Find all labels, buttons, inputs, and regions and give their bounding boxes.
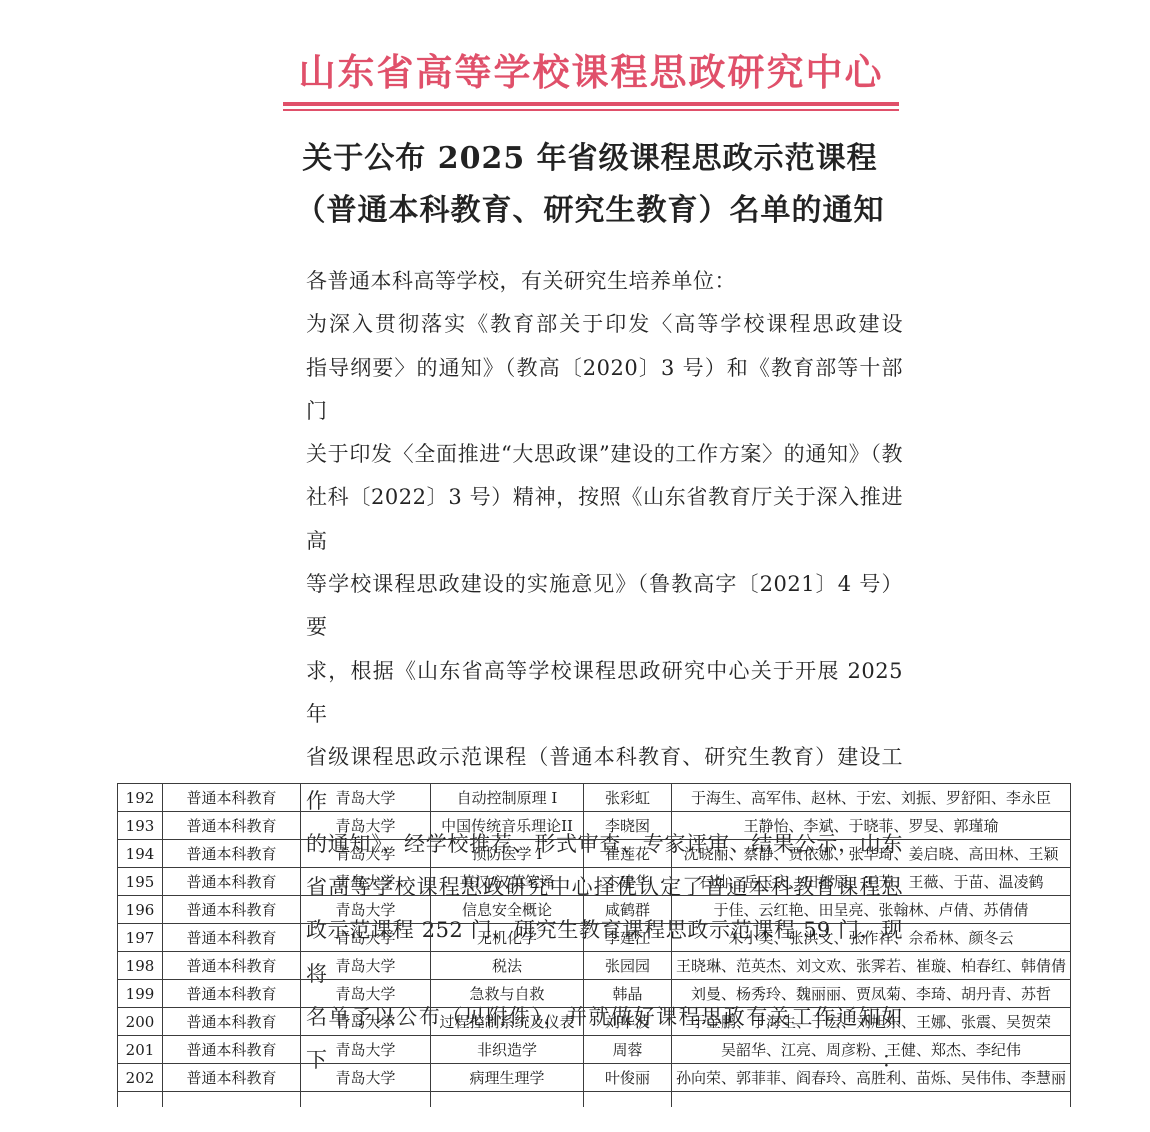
- partial-cell: [118, 1092, 163, 1108]
- cell-school: 青岛大学: [301, 812, 431, 840]
- cell-course: 病理生理学: [431, 1064, 584, 1092]
- masthead-rule-thick: [283, 102, 899, 106]
- cell-course: 过程控制系统及仪表: [431, 1008, 584, 1036]
- body-line: 为深入贯彻落实《教育部关于印发〈高等学校课程思政建设: [306, 303, 903, 346]
- cell-team: 刘曼、杨秀玲、魏丽丽、贾凤菊、李琦、胡丹青、苏哲: [672, 980, 1071, 1008]
- table-row: 198 普通本科教育 青岛大学 税法 张园园 王晓琳、范英杰、刘文欢、张霁若、崔…: [118, 952, 1071, 980]
- cell-school: 青岛大学: [301, 1036, 431, 1064]
- body-line: 关于印发〈全面推进“大思政课”建设的工作方案〉的通知》（教: [306, 433, 903, 476]
- cell-index: 193: [118, 812, 163, 840]
- cell-team: 于海生、高军伟、赵林、于宏、刘振、罗舒阳、李永臣: [672, 784, 1071, 812]
- cell-course: 中国传统音乐理论II: [431, 812, 584, 840]
- cell-index: 196: [118, 896, 163, 924]
- cell-course: 自动控制原理 I: [431, 784, 584, 812]
- cell-index: 198: [118, 952, 163, 980]
- course-list: 192 普通本科教育 青岛大学 自动控制原理 I 张彩虹 于海生、高军伟、赵林、…: [117, 783, 1071, 1107]
- doc-title-line2: （普通本科教育、研究生教育）名单的通知: [225, 185, 955, 237]
- cell-index: 201: [118, 1036, 163, 1064]
- cell-team: 吴韶华、江亮、周彦粉、王健、郑杰、李纪伟: [672, 1036, 1071, 1064]
- cell-education-type: 普通本科教育: [163, 1064, 301, 1092]
- cell-leader: 叶俊丽: [584, 1064, 672, 1092]
- cell-education-type: 普通本科教育: [163, 980, 301, 1008]
- cell-course: 非织造学: [431, 1036, 584, 1064]
- cell-index: 200: [118, 1008, 163, 1036]
- cell-school: 青岛大学: [301, 840, 431, 868]
- partial-cell: [584, 1092, 672, 1108]
- cell-leader: 崔莲花: [584, 840, 672, 868]
- cell-team: 于金鹏、于海生、于宏、刘旭东、王娜、张震、吴贺荣: [672, 1008, 1071, 1036]
- cell-education-type: 普通本科教育: [163, 868, 301, 896]
- cell-school: 青岛大学: [301, 868, 431, 896]
- masthead-rule-thin: [283, 109, 899, 111]
- cell-education-type: 普通本科教育: [163, 896, 301, 924]
- cell-school: 青岛大学: [301, 952, 431, 980]
- cell-school: 青岛大学: [301, 924, 431, 952]
- cell-index: 194: [118, 840, 163, 868]
- table-row: 192 普通本科教育 青岛大学 自动控制原理 I 张彩虹 于海生、高军伟、赵林、…: [118, 784, 1071, 812]
- cell-team: 王静怡、李斌、于晓菲、罗旻、郭瑾瑜: [672, 812, 1071, 840]
- table-row: 195 普通本科教育 青岛大学 英汉/汉英笔译 卞建华 石灿、岳玉庆、田郁辰、王…: [118, 868, 1071, 896]
- cell-index: 192: [118, 784, 163, 812]
- cell-course: 预防医学 I: [431, 840, 584, 868]
- cell-course: 税法: [431, 952, 584, 980]
- cell-leader: 张园园: [584, 952, 672, 980]
- cell-leader: 张彩虹: [584, 784, 672, 812]
- body-line: 指导纲要〉的通知》（教高〔2020〕3 号）和《教育部等十部门: [306, 347, 903, 434]
- partial-cell: [672, 1092, 1071, 1108]
- cell-leader: 咸鹤群: [584, 896, 672, 924]
- cell-index: 197: [118, 924, 163, 952]
- cell-education-type: 普通本科教育: [163, 952, 301, 980]
- cell-index: 202: [118, 1064, 163, 1092]
- cell-leader: 李建江: [584, 924, 672, 952]
- cell-school: 青岛大学: [301, 896, 431, 924]
- cell-course: 信息安全概论: [431, 896, 584, 924]
- cell-school: 青岛大学: [301, 784, 431, 812]
- partial-cell: [163, 1092, 301, 1108]
- cell-school: 青岛大学: [301, 1064, 431, 1092]
- document-page: 山东省高等学校课程思政研究中心 关于公布 2025 年省级课程思政示范课程 （普…: [0, 0, 1150, 1132]
- cell-school: 青岛大学: [301, 980, 431, 1008]
- cell-index: 199: [118, 980, 163, 1008]
- body-line: 求，根据《山东省高等学校课程思政研究中心关于开展 2025 年: [306, 650, 903, 737]
- partial-row: [118, 1092, 1071, 1108]
- cell-education-type: 普通本科教育: [163, 784, 301, 812]
- cell-index: 195: [118, 868, 163, 896]
- table-row: 201 普通本科教育 青岛大学 非织造学 周蓉 吴韶华、江亮、周彦粉、王健、郑杰…: [118, 1036, 1071, 1064]
- body-line: 等学校课程思政建设的实施意见》（鲁教高字〔2021〕4 号）要: [306, 563, 903, 650]
- cell-team: 于佳、云红艳、田呈亮、张翰林、卢倩、苏倩倩: [672, 896, 1071, 924]
- org-title: 山东省高等学校课程思政研究中心: [283, 42, 899, 96]
- cell-school: 青岛大学: [301, 1008, 431, 1036]
- partial-cell: [431, 1092, 584, 1108]
- course-table: 192 普通本科教育 青岛大学 自动控制原理 I 张彩虹 于海生、高军伟、赵林、…: [117, 783, 1070, 1107]
- cell-team: 石灿、岳玉庆、田郁辰、王芳、王薇、于苗、温凌鹤: [672, 868, 1071, 896]
- cell-education-type: 普通本科教育: [163, 1008, 301, 1036]
- cell-course: 英汉/汉英笔译: [431, 868, 584, 896]
- body-line: 社科〔2022〕3 号）精神，按照《山东省教育厅关于深入推进高: [306, 476, 903, 563]
- cell-leader: 刘华波: [584, 1008, 672, 1036]
- cell-course: 急救与自救: [431, 980, 584, 1008]
- doc-title: 关于公布 2025 年省级课程思政示范课程 （普通本科教育、研究生教育）名单的通…: [225, 133, 955, 237]
- table-row: 194 普通本科教育 青岛大学 预防医学 I 崔莲花 沈晓丽、蔡静、贾依娜、张华…: [118, 840, 1071, 868]
- cell-leader: 周蓉: [584, 1036, 672, 1064]
- partial-cell: [301, 1092, 431, 1108]
- cell-leader: 韩晶: [584, 980, 672, 1008]
- table-row: 199 普通本科教育 青岛大学 急救与自救 韩晶 刘曼、杨秀玲、魏丽丽、贾凤菊、…: [118, 980, 1071, 1008]
- table-row: 202 普通本科教育 青岛大学 病理生理学 叶俊丽 孙向荣、郭菲菲、阎春玲、高胜…: [118, 1064, 1071, 1092]
- cell-education-type: 普通本科教育: [163, 924, 301, 952]
- table-row: 197 普通本科教育 青岛大学 无机化学 李建江 朱小奕、张洪文、张作祥、佘希林…: [118, 924, 1071, 952]
- masthead: 山东省高等学校课程思政研究中心: [283, 42, 899, 111]
- cell-education-type: 普通本科教育: [163, 812, 301, 840]
- cell-team: 王晓琳、范英杰、刘文欢、张霁若、崔璇、柏春红、韩倩倩: [672, 952, 1071, 980]
- cell-leader: 卞建华: [584, 868, 672, 896]
- cell-leader: 李晓囡: [584, 812, 672, 840]
- table-row: 193 普通本科教育 青岛大学 中国传统音乐理论II 李晓囡 王静怡、李斌、于晓…: [118, 812, 1071, 840]
- cell-team: 沈晓丽、蔡静、贾依娜、张华琦、姜启晓、高田林、王颖: [672, 840, 1071, 868]
- cell-education-type: 普通本科教育: [163, 1036, 301, 1064]
- salutation: 各普通本科高等学校，有关研究生培养单位：: [306, 260, 903, 303]
- table-row: 200 普通本科教育 青岛大学 过程控制系统及仪表 刘华波 于金鹏、于海生、于宏…: [118, 1008, 1071, 1036]
- cell-team: 孙向荣、郭菲菲、阎春玲、高胜利、苗烁、吴伟伟、李慧丽: [672, 1064, 1071, 1092]
- cell-education-type: 普通本科教育: [163, 840, 301, 868]
- cell-team: 朱小奕、张洪文、张作祥、佘希林、颜冬云: [672, 924, 1071, 952]
- cell-course: 无机化学: [431, 924, 584, 952]
- table-row: 196 普通本科教育 青岛大学 信息安全概论 咸鹤群 于佳、云红艳、田呈亮、张翰…: [118, 896, 1071, 924]
- doc-title-line1: 关于公布 2025 年省级课程思政示范课程: [225, 133, 955, 185]
